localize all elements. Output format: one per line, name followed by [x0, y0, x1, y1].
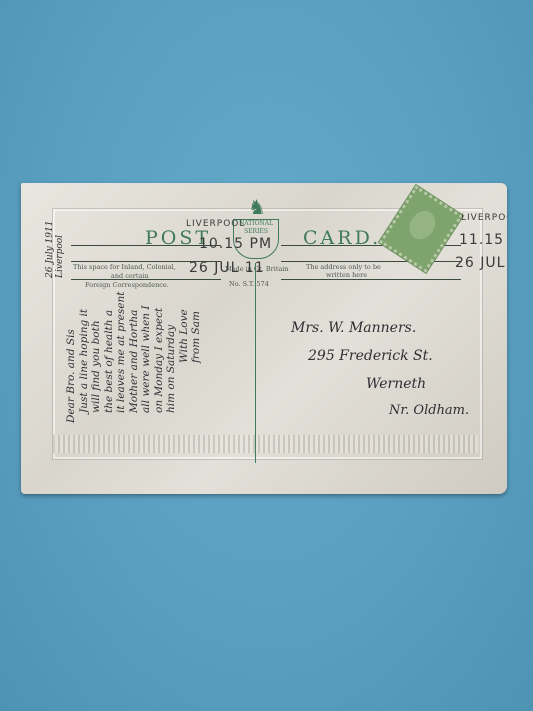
address-line-2: 295 Frederick St. [308, 348, 433, 364]
message-line: Just a line hoping it [78, 292, 91, 413]
rule [281, 261, 461, 262]
message-line: on Monday I expect [153, 292, 166, 413]
center-divider [255, 263, 256, 463]
address-line-4: Nr. Oldham. [389, 403, 469, 418]
message-line: the best of health a [103, 292, 116, 413]
message-line: it leaves me at present [115, 292, 128, 413]
postmark-date-2: 26 JUL [455, 255, 505, 271]
postmark-town-2: LIVERPOOL [461, 213, 507, 223]
message-line: from Sam [190, 292, 203, 363]
badge-line: SERIES [234, 228, 278, 236]
postmark-time: 10.15 PM [199, 236, 272, 252]
message-line: will find you both [90, 292, 103, 413]
message-line: all were well when I [140, 292, 153, 413]
date-line: 26 July 1911 [45, 221, 55, 278]
postmark-date: 26 JUL 11 [189, 260, 265, 276]
instructions-left-2: and certain [111, 272, 149, 280]
series-number: No. S.T. 574 [229, 280, 269, 288]
address-line-3: Werneth [366, 376, 426, 392]
embossed-band [53, 435, 478, 453]
date-line: Liverpool [55, 221, 65, 278]
postcard: ♞ NATIONAL SERIES POST CARD. This space … [21, 183, 507, 494]
address-line-1: Mrs. W. Manners. [291, 320, 416, 336]
handwritten-date: 26 July 1911 Liverpool [45, 221, 65, 278]
postmark-time-2: 11.15 [459, 232, 504, 248]
message-line: Mother and Hortha [128, 292, 141, 413]
postmark-town: LIVERPOOL [186, 219, 245, 229]
crest-icon: ♞ [235, 195, 279, 219]
instructions-left-3: Foreign Correspondence. [85, 281, 169, 289]
message-line: With Love [178, 292, 191, 363]
instructions-right-2: written here [326, 271, 367, 279]
message-line: him on Saturday [165, 292, 178, 413]
handwritten-message: Dear Bro. and SisJust a line hoping itwi… [65, 292, 203, 423]
message-line: Dear Bro. and Sis [65, 292, 78, 423]
rule [281, 279, 461, 280]
instructions-left-1: This space for Inland, Colonial, [73, 263, 176, 271]
instructions-right-1: The address only to be [306, 263, 381, 271]
king-portrait-icon [404, 206, 440, 244]
